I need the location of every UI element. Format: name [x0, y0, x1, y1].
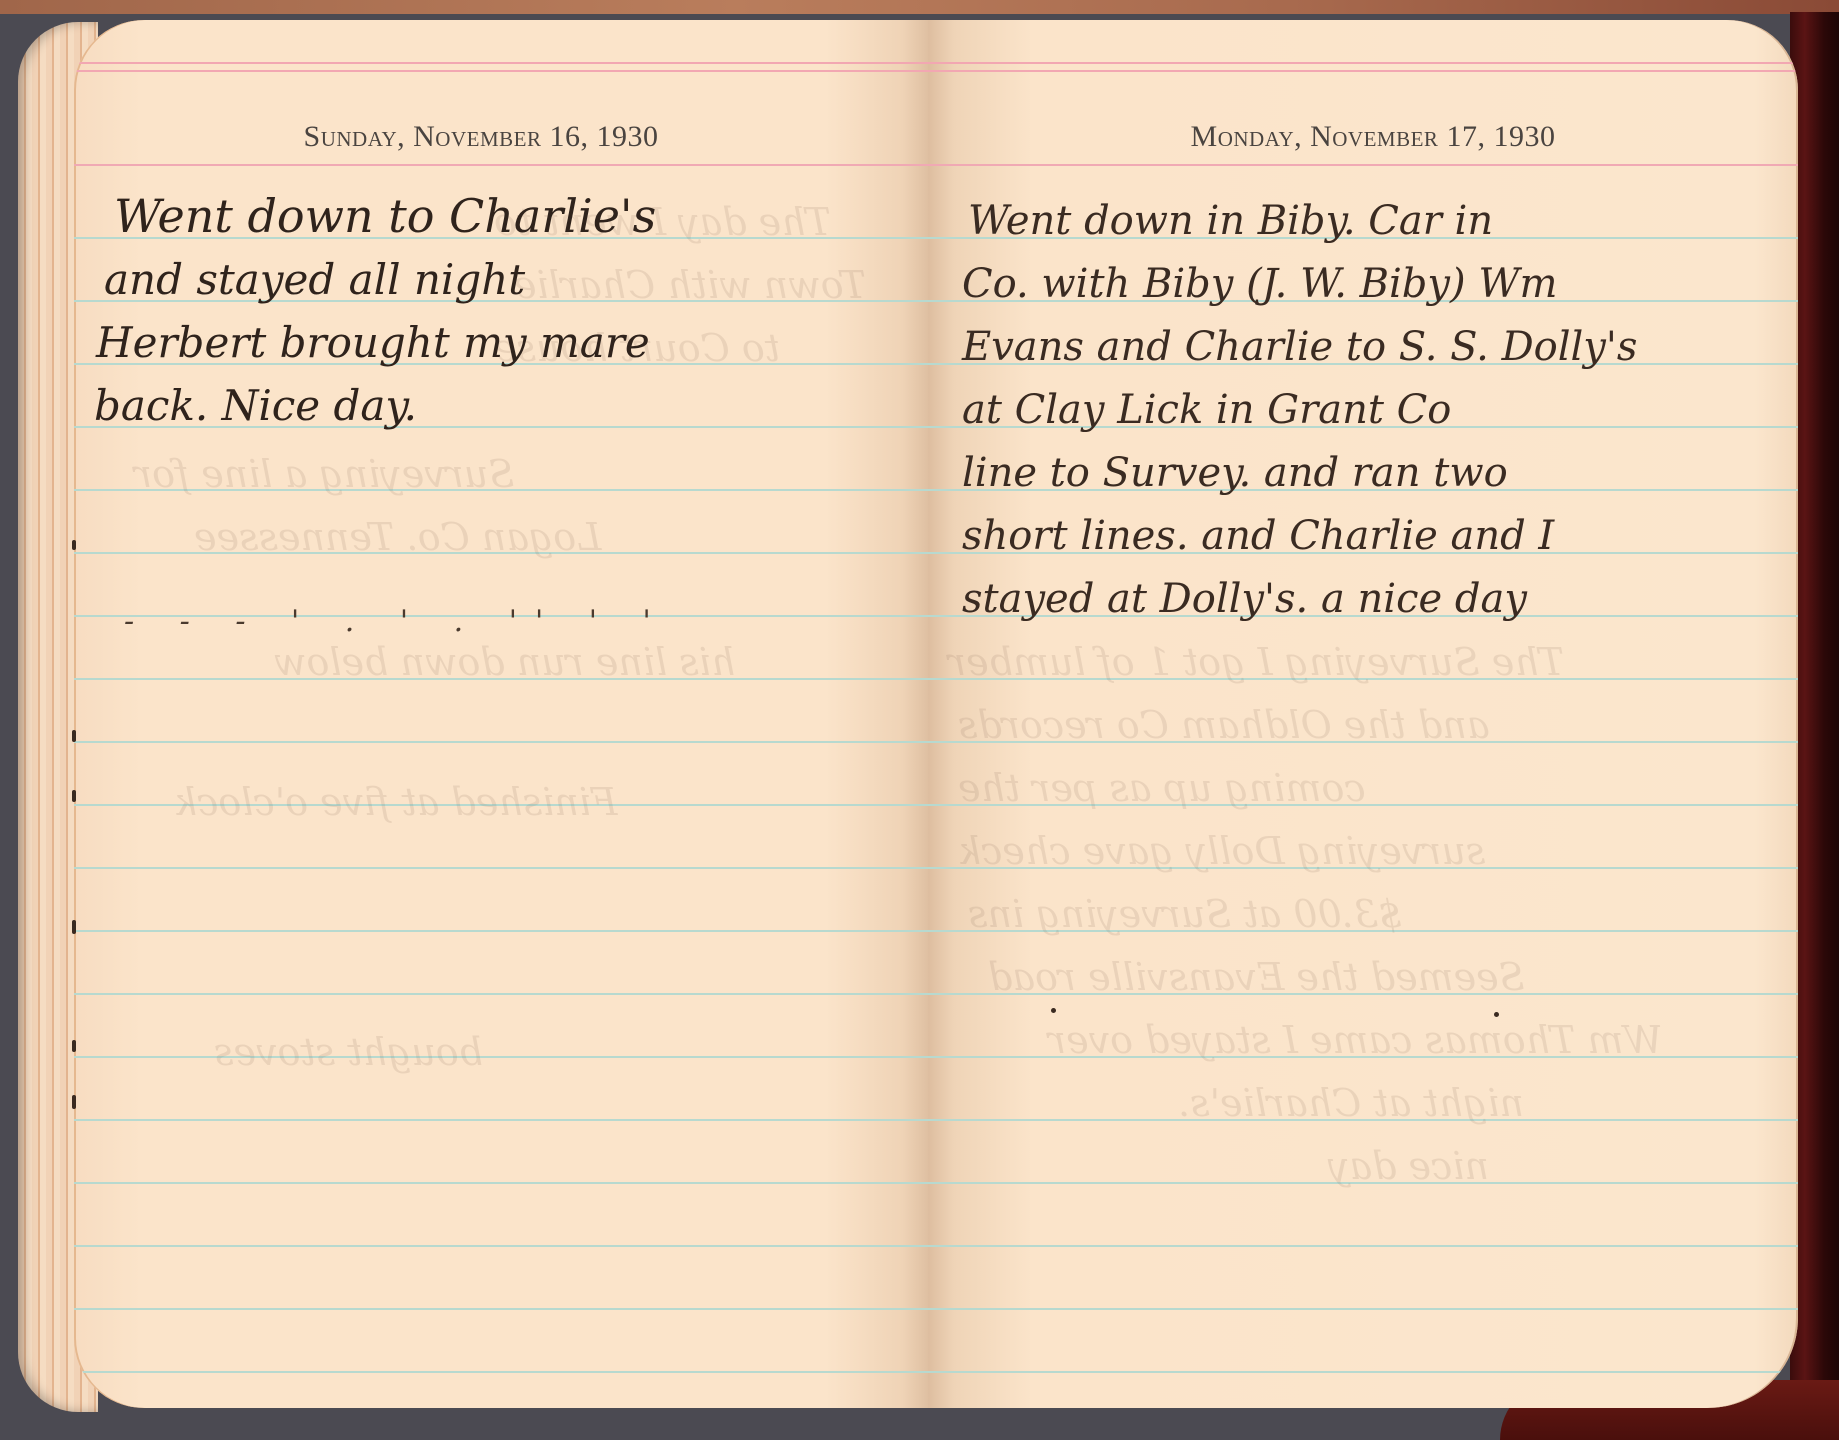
bleed-through-text: $3.00 at Surveying ins — [968, 892, 1402, 936]
entry-line: Herbert brought my mare — [96, 311, 650, 374]
book-top-edge — [0, 0, 1839, 14]
bleed-through-text: Seemed the Evansville road — [988, 955, 1525, 999]
header-rule-bottom — [928, 164, 1798, 166]
ruled-line — [928, 1245, 1798, 1247]
entry-line: Went down to Charlie's — [114, 185, 656, 248]
left-page: Sunday, November 16, 1930 The day I went… — [74, 20, 928, 1408]
header-rule-top — [74, 62, 928, 64]
right-page-date-header: Monday, November 17, 1930 — [928, 120, 1798, 154]
margin-mark — [72, 920, 76, 934]
bleed-through-text: nice day — [1328, 1144, 1489, 1188]
margin-mark — [72, 730, 76, 742]
ruled-line — [928, 1308, 1798, 1310]
entry-line: and stayed all night — [104, 248, 525, 311]
bleed-through-text: Surveying a line for — [134, 452, 514, 496]
bleed-through-text: The Surveying I got 1 of lumber — [948, 640, 1564, 684]
entry-line: at Clay Lick in Grant Co — [962, 379, 1451, 442]
entry-line: back. Nice day. — [94, 374, 417, 437]
entry-line: line to Survey. and ran two — [962, 442, 1508, 505]
bleed-through-text: surveying Dolly gave check — [958, 829, 1485, 873]
ink-spot — [1051, 1008, 1056, 1013]
entry-line: stayed at Dolly's. a nice day — [962, 568, 1527, 631]
header-rule-top-2 — [928, 70, 1798, 72]
entry-line: Went down in Biby. Car in — [968, 190, 1493, 253]
bleed-through-text: coming up as per the — [958, 766, 1366, 810]
margin-mark — [72, 540, 76, 550]
entry-line: Evans and Charlie to S. S. Dolly's — [962, 316, 1637, 379]
ruled-line — [74, 741, 928, 743]
entry-line: Co. with Biby (J. W. Biby) Wm — [962, 253, 1557, 316]
ink-spot — [1494, 1012, 1499, 1017]
margin-mark — [72, 790, 76, 802]
ruled-line — [74, 993, 928, 995]
left-page-date-header: Sunday, November 16, 1930 — [74, 120, 928, 154]
ruled-line — [74, 867, 928, 869]
margin-mark — [72, 1095, 76, 1109]
ruled-line — [74, 1119, 928, 1121]
header-rule-bottom — [74, 164, 928, 166]
header-rule-top-2 — [74, 70, 928, 72]
ruled-line — [74, 1056, 928, 1058]
bleed-through-text: Wm Thomas came I stayed over — [1048, 1018, 1663, 1062]
stray-ink-marks: - - - ' . ' . '' ' ' — [124, 590, 669, 653]
right-page: Monday, November 17, 1930 The Surveying … — [928, 20, 1798, 1408]
bleed-through-text: Town with Charlie — [514, 263, 866, 307]
ruled-line — [74, 930, 928, 932]
bleed-through-text: and the Oldham Co records — [958, 703, 1490, 747]
bleed-through-text: bought stoves — [214, 1030, 483, 1074]
ruled-line — [74, 1371, 928, 1373]
header-rule-top — [928, 62, 1798, 64]
ruled-line — [74, 1308, 928, 1310]
entry-line: short lines. and Charlie and I — [962, 505, 1554, 568]
ruled-line — [74, 1245, 928, 1247]
ruled-line — [74, 1182, 928, 1184]
bleed-through-text: night at Charlie's. — [1178, 1081, 1524, 1125]
ruled-line — [928, 1371, 1798, 1373]
bleed-through-text: Finished at five o'clock — [174, 780, 617, 824]
margin-mark — [72, 1040, 76, 1052]
bleed-through-text: Logan Co. Tennessee — [194, 515, 601, 559]
